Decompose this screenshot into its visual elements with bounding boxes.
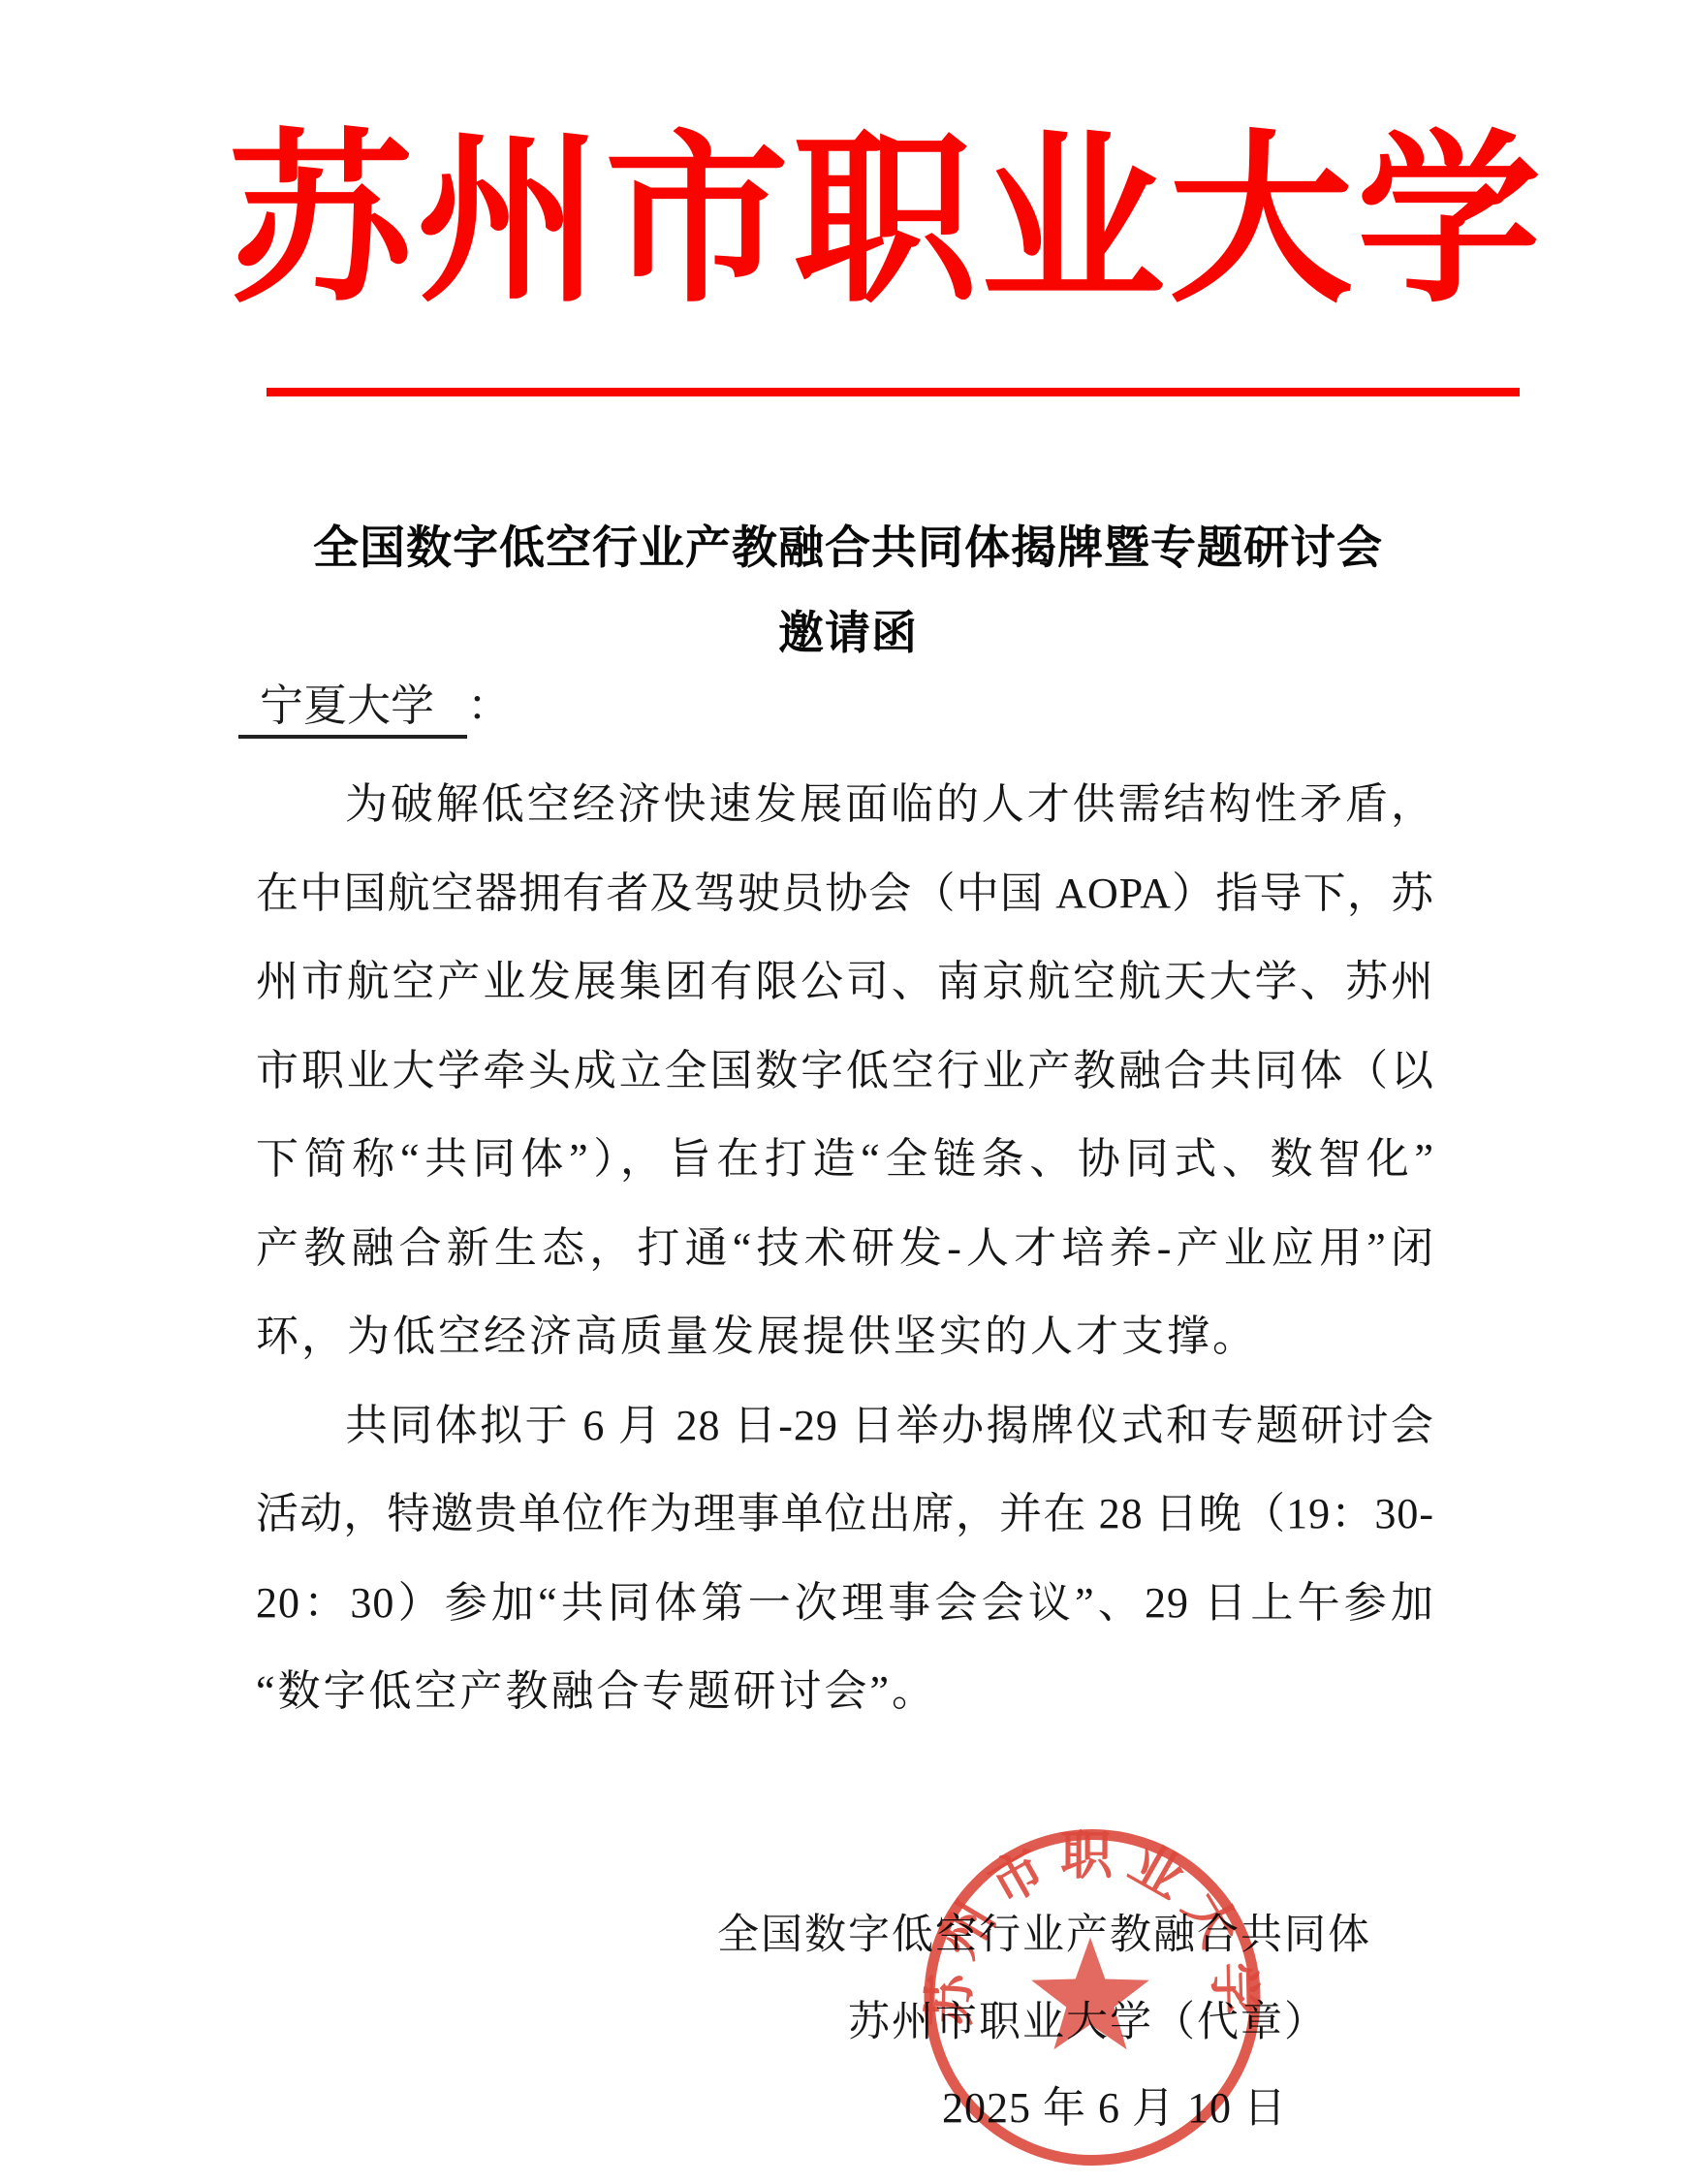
- body-line: 产教融合新生态，打通“技术研发-人才培养-产业应用”闭: [256, 1204, 1434, 1293]
- letterhead-divider-line: [267, 388, 1520, 396]
- letter-body: 为破解低空经济快速发展面临的人才供需结构性矛盾， 在中国航空器拥有者及驾驶员协会…: [256, 760, 1434, 1736]
- body-line: 州市航空产业发展集团有限公司、南京航空航天大学、苏州: [256, 937, 1434, 1027]
- addressee-name: 宁夏大学: [238, 679, 467, 739]
- addressee-colon: ：: [467, 681, 511, 730]
- body-line: 市职业大学牵头成立全国数字低空行业产教融合共同体（以: [256, 1027, 1434, 1116]
- body-line: 环，为低空经济高质量发展提供坚实的人才支撑。: [256, 1292, 1434, 1381]
- official-seal-stamp: 苏州市职业大学: [908, 1811, 1276, 2184]
- body-line: 共同体拟于 6 月 28 日-29 日举办揭牌仪式和专题研讨会: [256, 1381, 1434, 1471]
- university-letterhead: 苏州市职业大学: [39, 100, 1696, 347]
- invitation-letter-page: 苏州市职业大学 全国数字低空行业产教融合共同体揭牌暨专题研讨会 邀请函 宁夏大学…: [0, 0, 1696, 2184]
- addressee-line: 宁夏大学：: [238, 679, 511, 739]
- body-line: 活动，特邀贵单位作为理事单位出席，并在 28 日晚（19：30-: [256, 1470, 1434, 1559]
- body-line: “数字低空产教融合专题研讨会”。: [256, 1647, 1434, 1736]
- body-line: 在中国航空器拥有者及驾驶员协会（中国 AOPA）指导下，苏: [256, 849, 1434, 938]
- body-line: 20：30）参加“共同体第一次理事会会议”、29 日上午参加: [256, 1559, 1434, 1648]
- body-line: 下简称“共同体”），旨在打造“全链条、协同式、数智化”: [256, 1115, 1434, 1204]
- document-title-line1: 全国数字低空行业产教融合共同体揭牌暨专题研讨会: [0, 505, 1696, 590]
- stamp-star-icon: [1031, 1938, 1149, 2050]
- document-title: 全国数字低空行业产教融合共同体揭牌暨专题研讨会 邀请函: [0, 505, 1696, 676]
- body-line: 为破解低空经济快速发展面临的人才供需结构性矛盾，: [256, 760, 1434, 849]
- document-title-line2: 邀请函: [0, 590, 1696, 676]
